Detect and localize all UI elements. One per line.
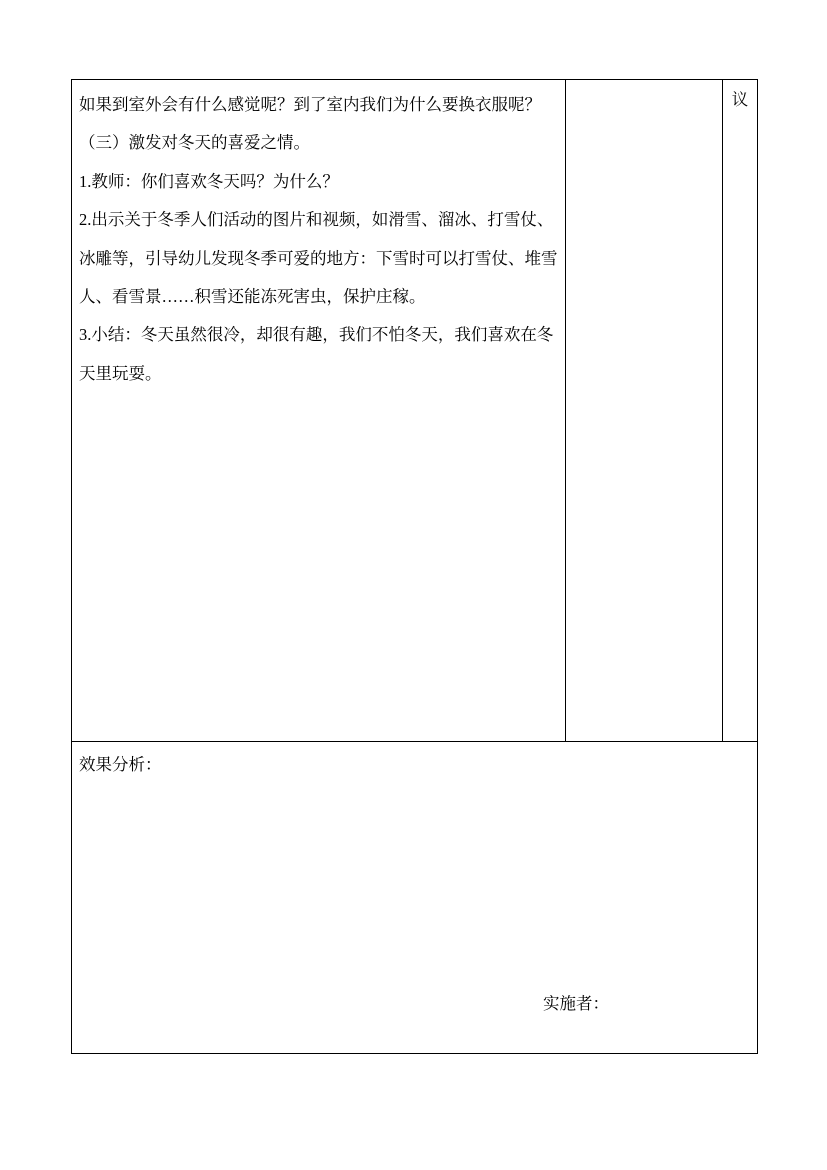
effect-analysis-row: 效果分析： 实施者： — [72, 742, 757, 1053]
document-page: 如果到室外会有什么感觉呢？到了室内我们为什么要换衣服呢？ （三）激发对冬天的喜爱… — [0, 0, 827, 1170]
activity-process-row: 如果到室外会有什么感觉呢？到了室内我们为什么要换衣服呢？ （三）激发对冬天的喜爱… — [72, 80, 757, 742]
lesson-plan-table: 如果到室外会有什么感觉呢？到了室内我们为什么要换衣服呢？ （三）激发对冬天的喜爱… — [71, 79, 758, 1054]
paragraph-summary: 3.小结：冬天虽然很冷，却很有趣，我们不怕冬天，我们喜欢在冬天里玩耍。 — [79, 316, 561, 393]
implementer-label: 实施者： — [543, 994, 609, 1014]
paragraph-winter-activities: 2.出示关于冬季人们活动的图片和视频，如滑雪、溜冰、打雪仗、冰雕等，引导幼儿发现… — [79, 201, 561, 316]
margin-note-cell: 议 — [723, 80, 757, 741]
paragraph-teacher-question: 1.教师：你们喜欢冬天吗？为什么？ — [79, 163, 561, 201]
margin-note-text: 议 — [732, 90, 749, 109]
design-intent-cell-empty — [566, 80, 723, 741]
paragraph-section-three-heading: （三）激发对冬天的喜爱之情。 — [79, 124, 561, 162]
paragraph-outdoor-feeling-question: 如果到室外会有什么感觉呢？到了室内我们为什么要换衣服呢？ — [79, 86, 561, 124]
effect-analysis-label: 效果分析： — [79, 755, 162, 775]
activity-process-cell: 如果到室外会有什么感觉呢？到了室内我们为什么要换衣服呢？ （三）激发对冬天的喜爱… — [72, 80, 566, 741]
